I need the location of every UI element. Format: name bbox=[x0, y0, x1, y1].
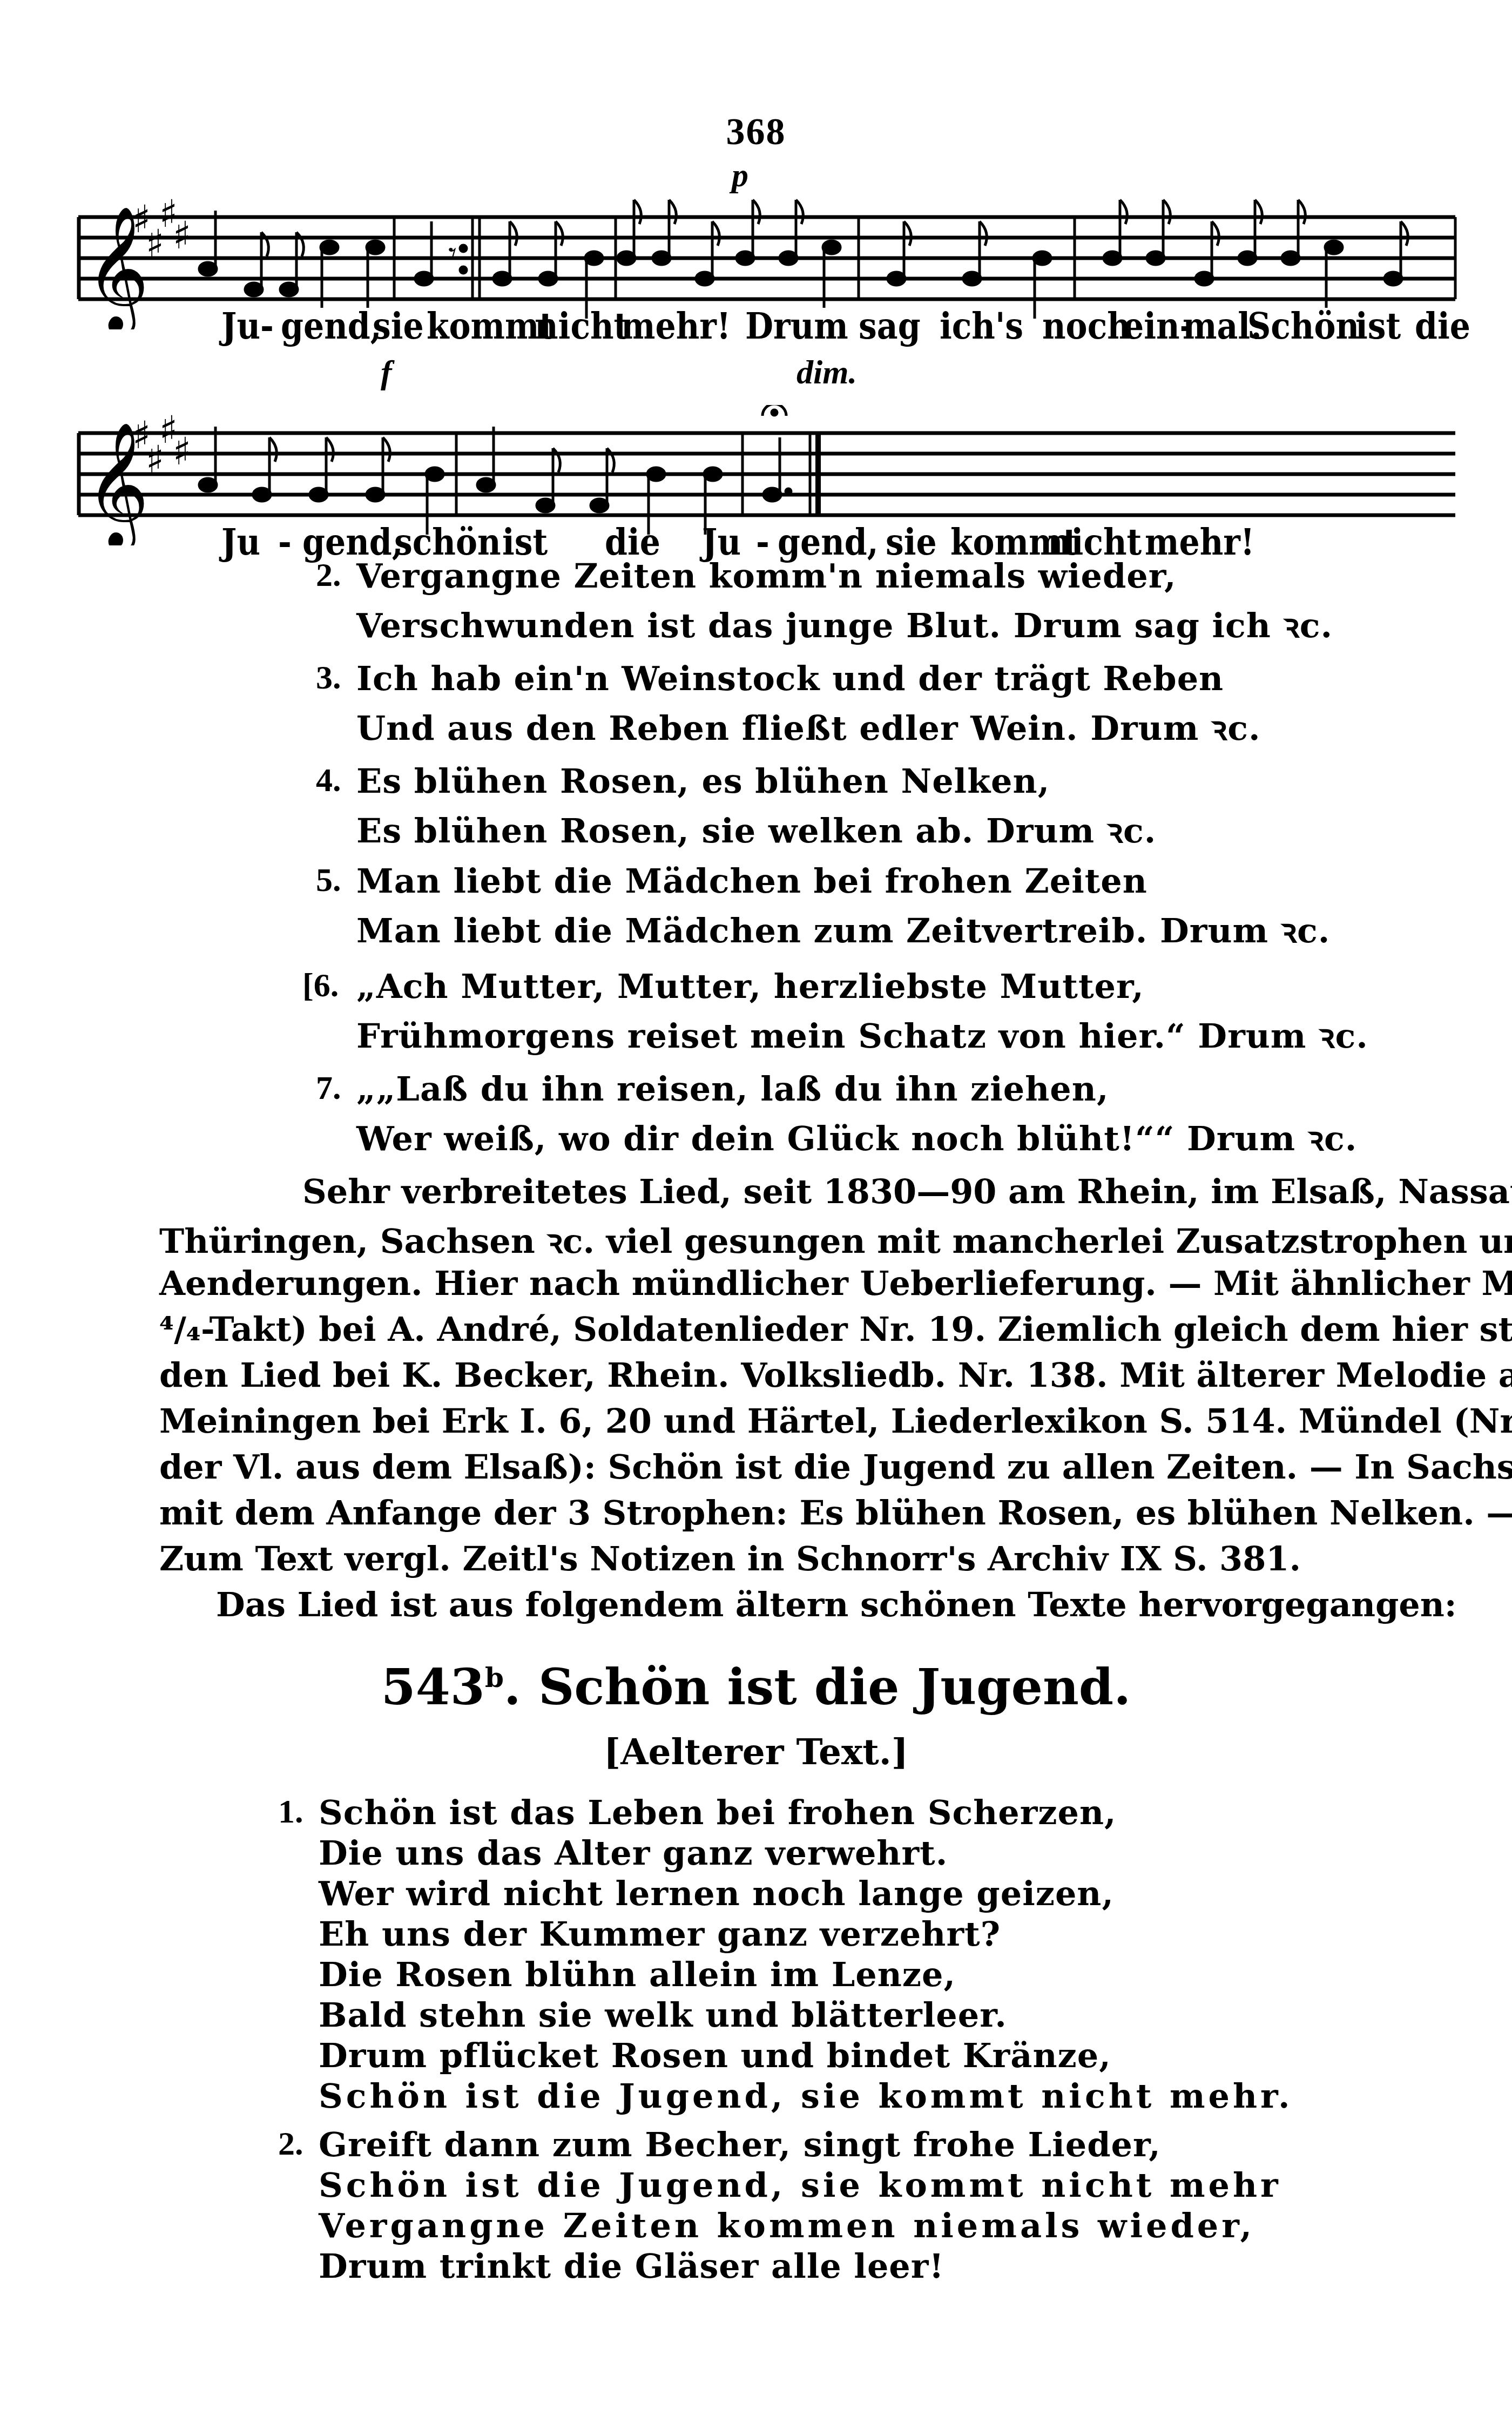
dynamic-marking-dim: dim. bbox=[796, 354, 857, 392]
dynamic-marking-p: p bbox=[732, 157, 748, 195]
stanza-line: Greift dann zum Becher, singt frohe Lied… bbox=[319, 2125, 1161, 2164]
verse-line: Verschwunden ist das junge Blut. Drum sa… bbox=[356, 602, 1333, 647]
stanza-line: Drum trinkt die Gläser alle leer! bbox=[319, 2246, 944, 2286]
verse-line: „„Laß du ihn reisen, laß du ihn ziehen, bbox=[356, 1069, 1109, 1109]
commentary-line: Thüringen, Sachsen ꝛc. viel gesungen mit… bbox=[159, 1218, 1417, 1263]
stanza-line: Vergangne Zeiten kommen niemals wieder, bbox=[319, 2206, 1255, 2245]
lyric-syllable: sag bbox=[859, 305, 921, 347]
commentary-line: mit dem Anfange der 3 Strophen: Es blühe… bbox=[159, 1493, 1417, 1533]
verse-line: Ich hab ein'n Weinstock und der trägt Re… bbox=[356, 659, 1224, 698]
verse-line: Vergangne Zeiten komm'n niemals wieder, bbox=[356, 556, 1177, 596]
verse-number: 4. bbox=[316, 761, 341, 800]
staff1-lyrics: Ju- gend, sie kommt nicht mehr! Drum sag… bbox=[0, 305, 1512, 354]
commentary-line: Zum Text vergl. Zeitl's Notizen in Schno… bbox=[159, 1539, 1417, 1578]
stanza-line: Schön ist die Jugend, sie kommt nicht me… bbox=[319, 2076, 1293, 2116]
song-title: . Schön ist die Jugend. bbox=[504, 1658, 1131, 1716]
commentary-line: der Vl. aus dem Elsaß): Schön ist die Ju… bbox=[159, 1447, 1417, 1487]
dynamic-marking-f: f bbox=[381, 354, 392, 392]
verse-line: „Ach Mutter, Mutter, herzliebste Mutter, bbox=[356, 967, 1144, 1006]
verse-number: 5. bbox=[316, 861, 341, 900]
verse-number: 7. bbox=[316, 1069, 341, 1108]
commentary-line: Aenderungen. Hier nach mündlicher Ueberl… bbox=[159, 1264, 1417, 1303]
verse-line: Wer weiß, wo dir dein Glück noch blüht!“… bbox=[356, 1115, 1357, 1160]
commentary-closing: Das Lied ist aus folgendem ältern schöne… bbox=[216, 1585, 1457, 1624]
lyric-syllable: mehr! bbox=[621, 305, 731, 347]
lyric-syllable: Drum bbox=[745, 305, 848, 347]
lyric-syllable: Ju- bbox=[221, 305, 274, 347]
verse-number: 2. bbox=[316, 556, 341, 595]
stanza-line: Schön ist das Leben bei frohen Scherzen, bbox=[319, 1793, 1117, 1832]
svg-text:♯: ♯ bbox=[173, 213, 191, 258]
verse-line: Es blühen Rosen, es blühen Nelken, bbox=[356, 761, 1050, 801]
stanza-number: 1. bbox=[278, 1793, 303, 1831]
song-heading: 543b. Schön ist die Jugend. bbox=[0, 1658, 1512, 1716]
lyric-syllable: - bbox=[278, 521, 292, 563]
lyric-syllable: ist bbox=[1355, 305, 1401, 347]
verse-line: Frühmorgens reiset mein Schatz von hier.… bbox=[356, 1013, 1368, 1058]
verse-line: Man liebt die Mädchen zum Zeitvertreib. … bbox=[356, 907, 1330, 953]
lyric-syllable: sie bbox=[373, 305, 424, 347]
stanza-line: Die uns das Alter ganz verwehrt. bbox=[319, 1833, 948, 1873]
lyric-syllable: ich's bbox=[940, 305, 1023, 347]
commentary-line: ⁴/₄-Takt) bei A. André, Soldatenlieder N… bbox=[159, 1310, 1417, 1349]
stanza-line: Die Rosen blühn allein im Lenze, bbox=[319, 1955, 956, 1994]
lyric-syllable: Schön bbox=[1247, 305, 1359, 347]
song-number-suffix: b bbox=[485, 1662, 504, 1693]
lyric-syllable: noch bbox=[1042, 305, 1131, 347]
svg-text:♯: ♯ bbox=[173, 429, 191, 474]
commentary-line: Meiningen bei Erk I. 6, 20 und Härtel, L… bbox=[159, 1401, 1417, 1441]
verse-number: [6. bbox=[302, 967, 339, 1005]
stanza-number: 2. bbox=[278, 2125, 303, 2163]
stanza-line: Eh uns der Kummer ganz verzehrt? bbox=[319, 1914, 1001, 1954]
lyric-syllable: die bbox=[1415, 305, 1470, 347]
commentary-line: den Lied bei K. Becker, Rhein. Volkslied… bbox=[159, 1355, 1417, 1395]
song-number: 543 bbox=[381, 1658, 485, 1716]
verse-line: Es blühen Rosen, sie welken ab. Drum ꝛc. bbox=[356, 807, 1156, 853]
lyric-syllable: nicht bbox=[535, 305, 629, 347]
stanza-line: Bald stehn sie welk und blätterleer. bbox=[319, 1995, 1007, 2035]
verse-line: Man liebt die Mädchen bei frohen Zeiten bbox=[356, 861, 1147, 901]
song-subtitle: [Aelterer Text.] bbox=[0, 1731, 1512, 1773]
stanza-line: Wer wird nicht lernen noch lange geizen, bbox=[319, 1874, 1114, 1913]
verse-number: 3. bbox=[316, 659, 341, 697]
page-number: 368 bbox=[0, 111, 1512, 154]
lyric-syllable: Ju bbox=[221, 521, 260, 563]
commentary-line: Sehr verbreitetes Lied, seit 1830—90 am … bbox=[302, 1172, 1417, 1211]
lyric-syllable: gend, bbox=[281, 305, 382, 347]
svg-text:𝄾: 𝄾 bbox=[448, 235, 457, 273]
stanza-line: Drum pflücket Rosen und bindet Kränze, bbox=[319, 2036, 1111, 2075]
verse-line: Und aus den Reben fließt edler Wein. Dru… bbox=[356, 705, 1261, 750]
stanza-line: Schön ist die Jugend, sie kommt nicht me… bbox=[319, 2165, 1281, 2205]
